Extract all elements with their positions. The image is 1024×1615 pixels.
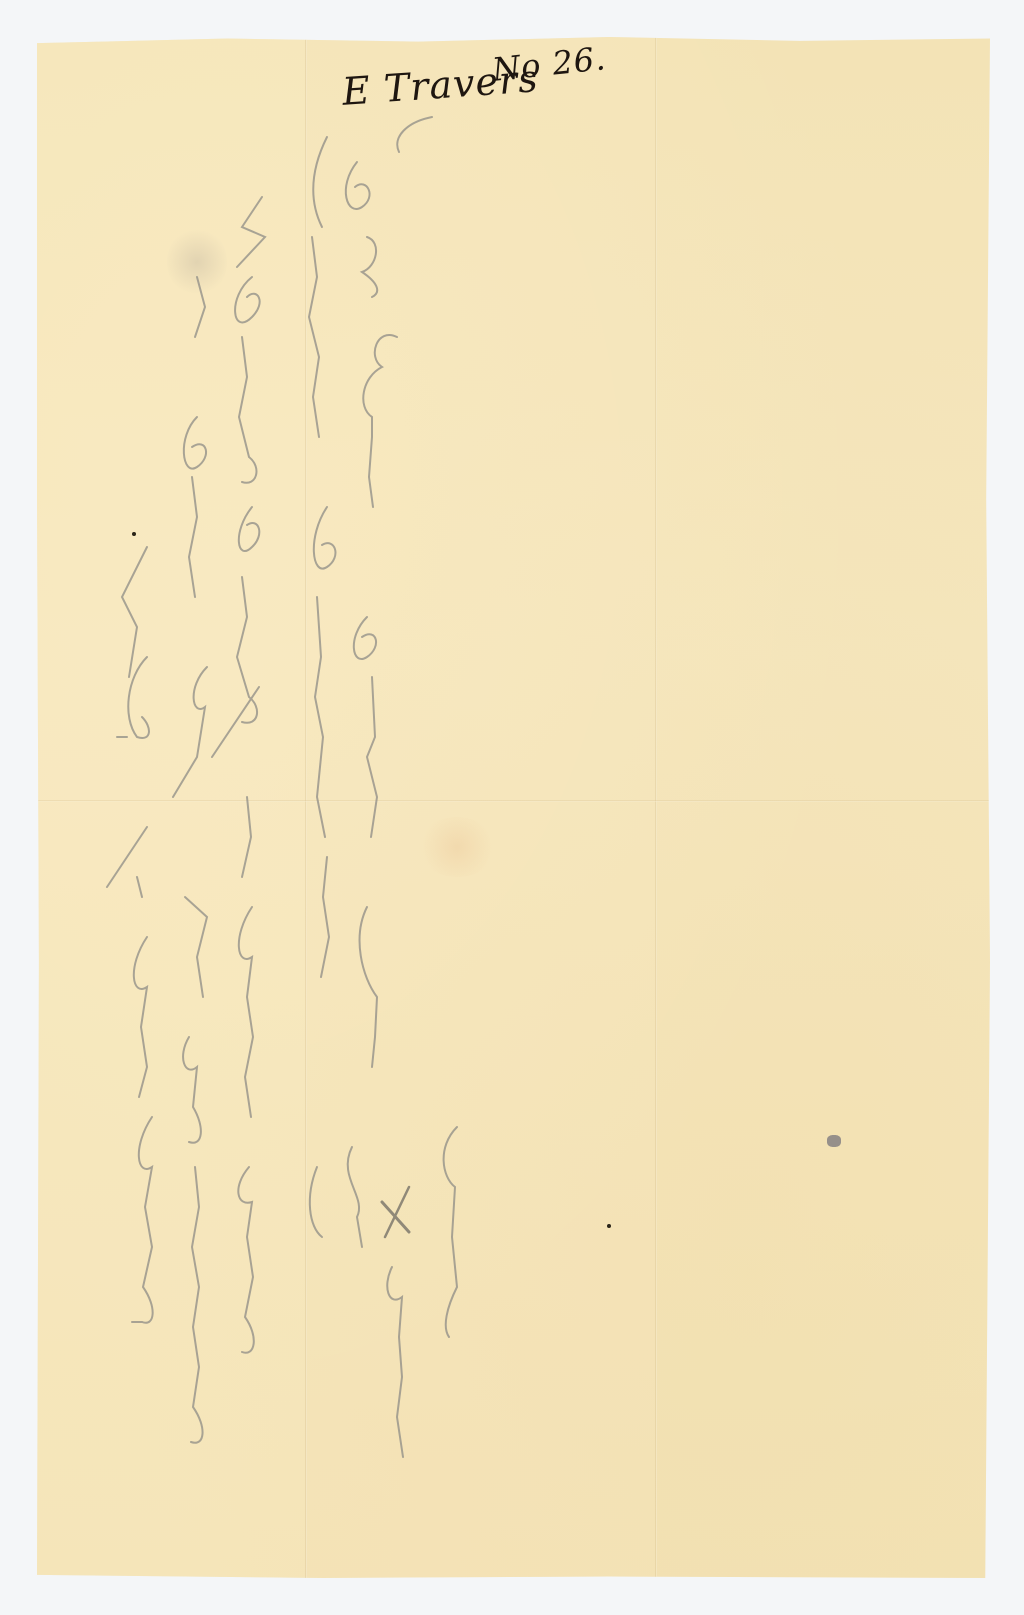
speck (132, 532, 136, 536)
speck (607, 1224, 611, 1228)
pencil-handwriting (37, 37, 990, 1578)
ink-blot (827, 1135, 841, 1147)
document-sheet: No 26. E Travers (37, 37, 990, 1578)
